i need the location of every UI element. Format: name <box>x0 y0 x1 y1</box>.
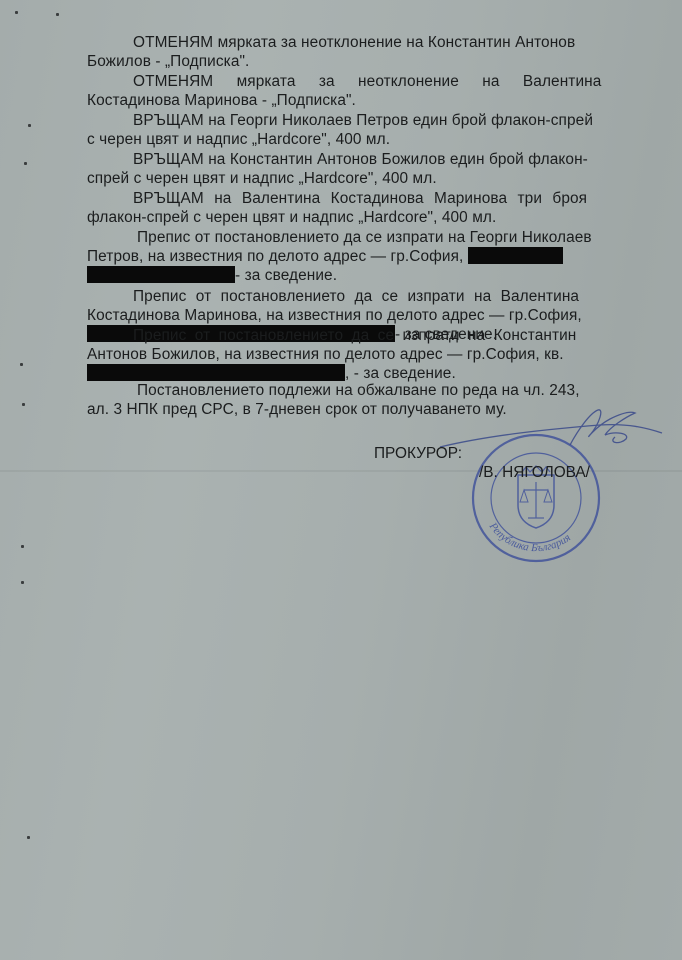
paper-speck <box>22 403 25 406</box>
prosecutor-label: ПРОКУРОР: <box>374 445 462 463</box>
handwritten-signature <box>430 405 670 465</box>
prosecutor-name: /В. НЯГОЛОВА/ <box>479 464 590 482</box>
redacted-address <box>468 247 563 264</box>
paragraph-copy-bozhilov: Препис от постановлението да се изпрати … <box>87 326 615 383</box>
redacted-address <box>87 266 235 283</box>
paragraph-return-3: ВРЪЩАМ на Валентина Костадинова Маринова… <box>87 189 615 227</box>
paper-speck <box>21 545 24 548</box>
paper-speck <box>15 11 18 14</box>
redacted-address <box>87 364 345 381</box>
paper-speck <box>20 363 23 366</box>
paper-speck <box>21 581 24 584</box>
paragraph-revoke-1: ОТМЕНЯМ мярката за неотклонение на Конст… <box>87 33 615 71</box>
paragraph-revoke-2: ОТМЕНЯМ мярката за неотклонение на Вален… <box>87 72 615 110</box>
paper-speck <box>28 124 31 127</box>
paragraph-copy-petrov: Препис от постановлението да се изпрати … <box>87 228 615 285</box>
paper-speck <box>27 836 30 839</box>
paper-speck <box>56 13 59 16</box>
paragraph-return-2: ВРЪЩАМ на Константин Антонов Божилов еди… <box>87 150 615 188</box>
paper-speck <box>24 162 27 165</box>
paragraph-return-1: ВРЪЩАМ на Георги Николаев Петров един бр… <box>87 111 615 149</box>
